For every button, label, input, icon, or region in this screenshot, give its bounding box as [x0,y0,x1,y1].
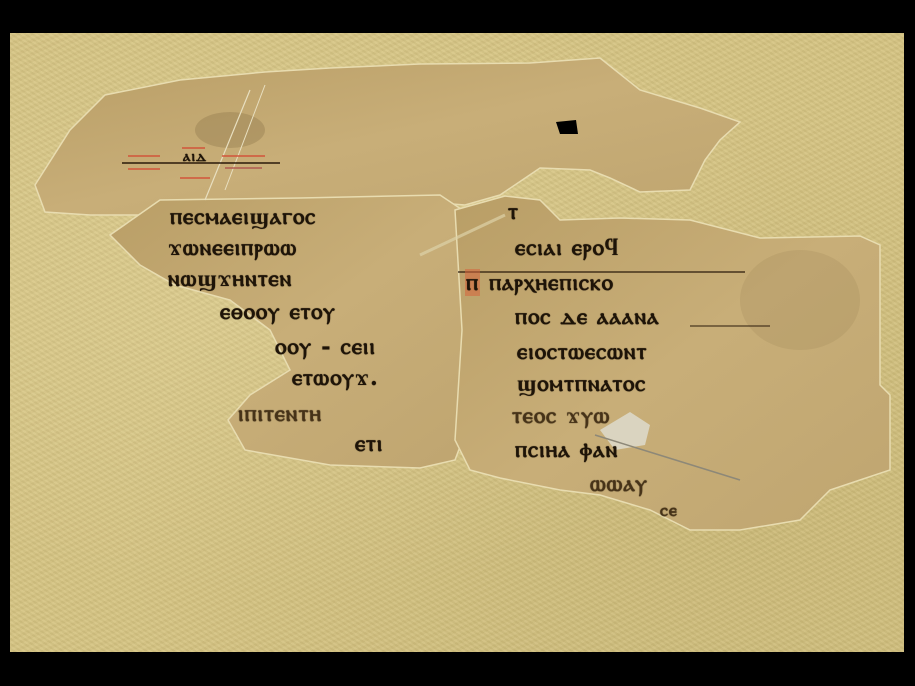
text-line: ⲥⲉ [660,502,678,520]
rubricated-initial: ⲡ [465,269,480,296]
text-line: ⲉⲥⲓⲁⲓ ⲉⲣⲟϥ [515,236,619,259]
text-line: ⲧ [508,200,519,223]
text-line-rubricated: ⲡ ⲡⲁⲣⲭⲏⲉⲡⲓⲥⲕⲟ [465,271,614,294]
text-line: ϫⲱⲛⲉⲉⲓⲡⲣⲱⲱ [168,236,297,259]
text-line-with-rubric: ⲡⲥⲓⲏⲁ ⲫⲁⲛ [515,438,618,461]
text-line: ⲉⲓⲟⲥⲧⲱⲉⲥⲱⲛⲧ [517,340,647,363]
parchment-fragment [0,0,915,686]
fragment-upper-flap [35,58,740,215]
text-line: ⲛⲱϣϫⲏⲛⲧⲉⲛ [168,267,292,290]
text-line: ⲡⲁⲣⲭⲏⲉⲡⲓⲥⲕⲟ [489,269,614,296]
text-line: ϣⲟⲙⲧⲡⲛⲁⲧⲟⲥ [517,372,646,395]
text-line: ⲓⲡⲓⲧⲉⲛⲧⲏ [238,402,322,425]
text-line: ⲡⲉⲥⲙⲁⲉⲓϣⲁⲅⲟⲥ [170,205,316,228]
text-line: ⲟⲟⲩ - ⲥⲉⲓⲓ [275,335,376,358]
text-line: ⲡⲥⲓⲏⲁ ⲫⲁⲛ [515,436,618,463]
text-line: ⲉⲧⲱⲟⲩϫ. [292,366,379,389]
text-line: ⲉⲑⲟⲟⲩ ⲉⲧⲟⲩ [220,300,336,323]
text-line: ⲡⲟⲥ ⲇⲉ ⲁⲁⲁⲛⲁ [515,305,660,328]
text-line: ⲱⲱⲁⲩ [590,472,648,495]
header-ornament-text: ⲁⲓⲇ [183,149,207,164]
text-line: ⲧⲉⲟⲥ ϫⲩⲱ [512,404,610,427]
text-line: ⲉⲧⲓ [355,432,383,455]
